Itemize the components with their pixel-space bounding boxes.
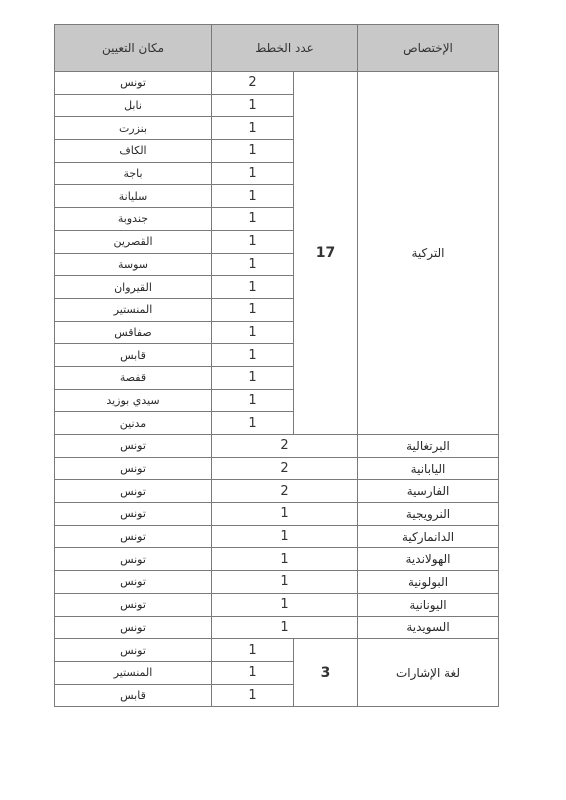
count-cell: 1 xyxy=(212,94,294,117)
place-cell: قابس xyxy=(55,344,212,367)
place-cell: تونس xyxy=(55,525,212,548)
specialty-cell: البولونية xyxy=(358,571,499,594)
specialty-cell: البرتغالية xyxy=(358,435,499,458)
count-cell: 1 xyxy=(212,185,294,208)
specialty-cell: الدانماركية xyxy=(358,525,499,548)
count-cell: 1 xyxy=(212,525,358,548)
count-cell: 2 xyxy=(212,480,358,503)
place-cell: القصرين xyxy=(55,230,212,253)
count-cell: 1 xyxy=(212,616,358,639)
place-cell: القيروان xyxy=(55,276,212,299)
place-cell: المنستير xyxy=(55,661,212,684)
specialty-cell: الفارسية xyxy=(358,480,499,503)
table-header-row: الإختصاص عدد الخطط مكان التعيين xyxy=(55,25,499,72)
count-cell: 1 xyxy=(212,321,294,344)
count-cell: 1 xyxy=(212,162,294,185)
specialty-cell: التركية xyxy=(358,72,499,435)
specialty-cell: الهولاندية xyxy=(358,548,499,571)
count-cell: 1 xyxy=(212,230,294,253)
count-cell: 1 xyxy=(212,298,294,321)
header-count: عدد الخطط xyxy=(212,25,358,72)
count-cell: 1 xyxy=(212,366,294,389)
table-row: اليونانية 1 تونس xyxy=(55,593,499,616)
table-row: لغة الإشارات 3 1 تونس xyxy=(55,639,499,662)
count-cell: 1 xyxy=(212,412,294,435)
place-cell: صفاقس xyxy=(55,321,212,344)
place-cell: قابس xyxy=(55,684,212,707)
place-cell: باجة xyxy=(55,162,212,185)
table-row: البولونية 1 تونس xyxy=(55,571,499,594)
document-page: الإختصاص عدد الخطط مكان التعيين التركية … xyxy=(0,0,566,800)
place-cell: تونس xyxy=(55,435,212,458)
specialty-cell: اليابانية xyxy=(358,457,499,480)
place-cell: جندوبة xyxy=(55,208,212,231)
table-row: التركية 17 2 تونس xyxy=(55,72,499,95)
specialty-cell: لغة الإشارات xyxy=(358,639,499,707)
positions-table: الإختصاص عدد الخطط مكان التعيين التركية … xyxy=(54,24,499,707)
count-cell: 1 xyxy=(212,503,358,526)
table-row: الفارسية 2 تونس xyxy=(55,480,499,503)
header-place: مكان التعيين xyxy=(55,25,212,72)
count-cell: 1 xyxy=(212,639,294,662)
place-cell: تونس xyxy=(55,503,212,526)
table-row: الهولاندية 1 تونس xyxy=(55,548,499,571)
place-cell: تونس xyxy=(55,72,212,95)
specialty-cell: السويدية xyxy=(358,616,499,639)
count-cell: 2 xyxy=(212,435,358,458)
count-cell: 1 xyxy=(212,593,358,616)
specialty-cell: النرويجية xyxy=(358,503,499,526)
table-row: السويدية 1 تونس xyxy=(55,616,499,639)
count-cell: 1 xyxy=(212,140,294,163)
table-row: الدانماركية 1 تونس xyxy=(55,525,499,548)
count-cell: 1 xyxy=(212,389,294,412)
place-cell: سليانة xyxy=(55,185,212,208)
count-cell: 1 xyxy=(212,276,294,299)
specialty-cell: اليونانية xyxy=(358,593,499,616)
count-cell: 1 xyxy=(212,661,294,684)
place-cell: نابل xyxy=(55,94,212,117)
count-cell: 2 xyxy=(212,72,294,95)
count-cell: 1 xyxy=(212,208,294,231)
table-row: النرويجية 1 تونس xyxy=(55,503,499,526)
place-cell: تونس xyxy=(55,548,212,571)
header-specialty: الإختصاص xyxy=(358,25,499,72)
place-cell: تونس xyxy=(55,480,212,503)
count-cell: 1 xyxy=(212,344,294,367)
place-cell: تونس xyxy=(55,639,212,662)
table-row: البرتغالية 2 تونس xyxy=(55,435,499,458)
count-cell: 2 xyxy=(212,457,358,480)
count-cell: 1 xyxy=(212,548,358,571)
place-cell: بنزرت xyxy=(55,117,212,140)
place-cell: تونس xyxy=(55,616,212,639)
total-count-cell: 3 xyxy=(294,639,358,707)
place-cell: تونس xyxy=(55,593,212,616)
place-cell: تونس xyxy=(55,457,212,480)
place-cell: سيدي بوزيد xyxy=(55,389,212,412)
place-cell: سوسة xyxy=(55,253,212,276)
table-row: اليابانية 2 تونس xyxy=(55,457,499,480)
total-count-cell: 17 xyxy=(294,72,358,435)
place-cell: مدنين xyxy=(55,412,212,435)
count-cell: 1 xyxy=(212,571,358,594)
place-cell: تونس xyxy=(55,571,212,594)
count-cell: 1 xyxy=(212,684,294,707)
count-cell: 1 xyxy=(212,117,294,140)
place-cell: قفصة xyxy=(55,366,212,389)
place-cell: المنستير xyxy=(55,298,212,321)
place-cell: الكاف xyxy=(55,140,212,163)
count-cell: 1 xyxy=(212,253,294,276)
